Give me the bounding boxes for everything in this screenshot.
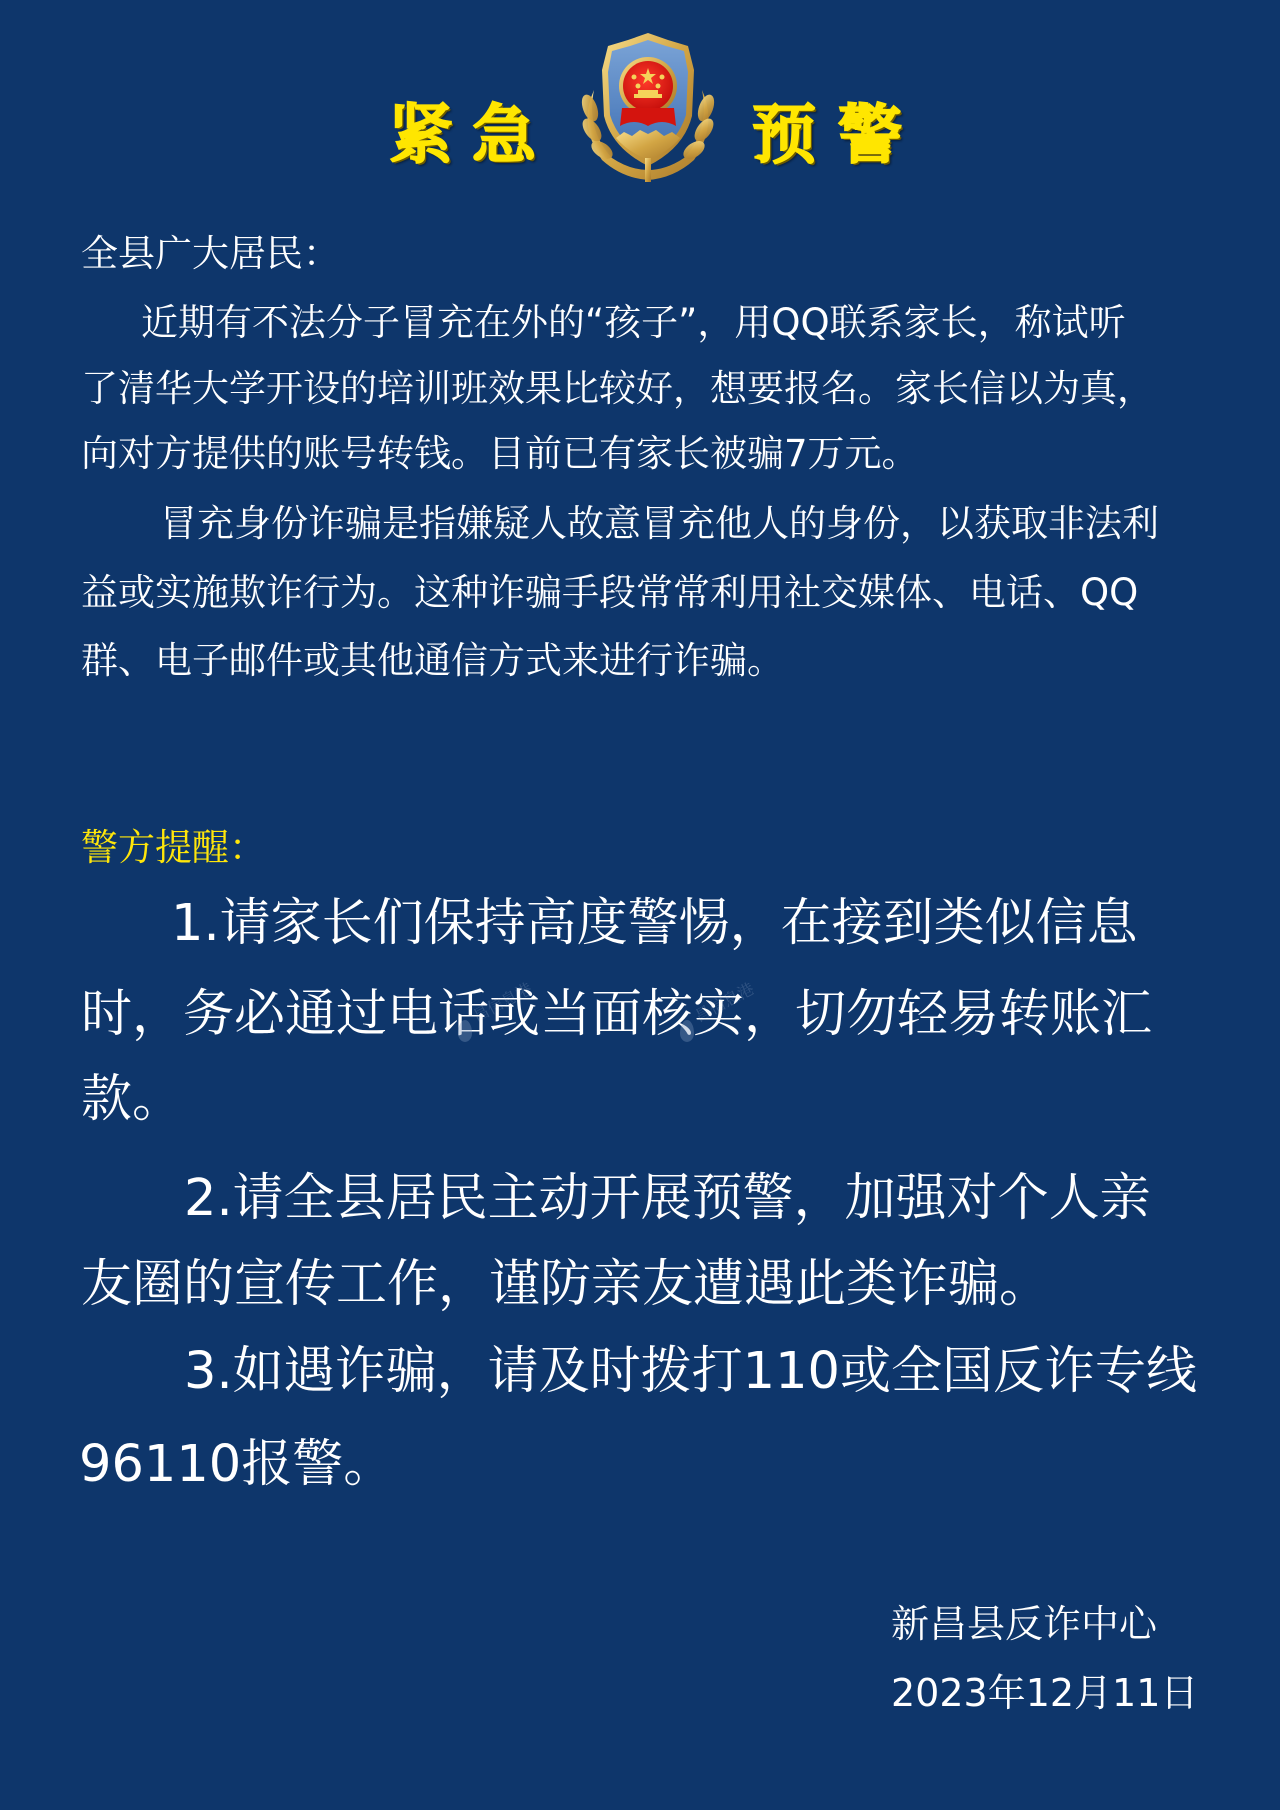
- reminder-item-1-line-3: 款。: [81, 1074, 183, 1125]
- reminder-item-1-line-1: 1.请家长们保持高度警惕，在接到类似信息: [171, 898, 1138, 949]
- paragraph-1-line-2: 了清华大学开设的培训班效果比较好，想要报名。家长信以为真，: [81, 370, 1154, 407]
- paragraph-2-line-3: 群、电子邮件或其他通信方式来进行诈骗。: [81, 642, 784, 679]
- paragraph-2-line-2: 益或实施欺诈行为。这种诈骗手段常常利用社交媒体、电话、QQ: [81, 574, 1138, 611]
- paragraph-1-line-1: 近期有不法分子冒充在外的“孩子”，用QQ联系家长，称试听: [141, 304, 1126, 341]
- reminder-item-1-line-2: 时，务必通过电话或当面核实，切勿轻易转账汇: [81, 989, 1152, 1040]
- reminder-item-2-line-1: 2.请全县居民主动开展预警，加强对个人亲: [184, 1173, 1151, 1224]
- police-emblem-icon: [572, 30, 724, 184]
- reminder-item-3-line-1: 3.如遇诈骗，请及时拨打110或全国反诈专线: [184, 1346, 1197, 1397]
- salutation: 全县广大居民：: [81, 235, 340, 272]
- reminder-heading: 警方提醒：: [81, 829, 266, 866]
- watermark-drop-icon: [458, 1020, 472, 1042]
- signature-org: 新昌县反诈中心: [891, 1605, 1157, 1643]
- signature-date: 2023年12月11日: [891, 1674, 1198, 1712]
- paragraph-1-line-3: 向对方提供的账号转钱。目前已有家长被骗7万元。: [81, 435, 919, 472]
- watermark-drop-icon: [680, 1020, 694, 1042]
- title-char-1: 紧: [389, 104, 453, 168]
- title-char-2: 急: [472, 104, 536, 168]
- paragraph-2-line-1: 冒充身份诈骗是指嫌疑人故意冒充他人的身份，以获取非法利: [160, 505, 1159, 542]
- reminder-item-2-line-2: 友圈的宣传工作，谨防亲友遭遇此类诈骗。: [81, 1259, 1050, 1310]
- title-char-4: 警: [838, 104, 902, 168]
- reminder-item-3-line-2: 96110报警。: [79, 1439, 394, 1490]
- title-char-3: 预: [752, 104, 816, 168]
